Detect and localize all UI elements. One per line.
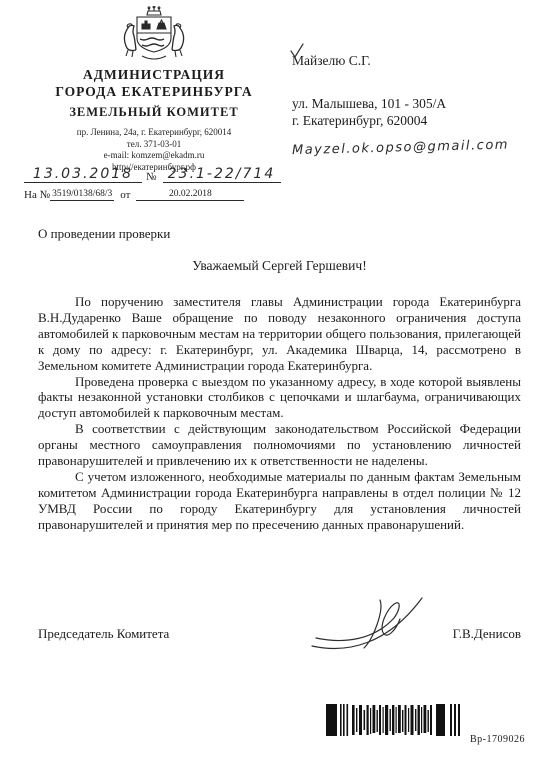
- salutation: Уважаемый Сергей Гершевич!: [38, 258, 521, 274]
- handwritten-signature-icon: [308, 592, 438, 656]
- org-phone: тел. 371-03-01: [26, 139, 282, 151]
- letter-subject: О проведении проверки: [38, 226, 170, 242]
- signature-row: Председатель Комитета Г.В.Денисов: [38, 600, 521, 660]
- recipient-block: Майзелю С.Г. ул. Малышева, 101 - 305/А г…: [292, 52, 532, 156]
- signer-position: Председатель Комитета: [38, 626, 169, 642]
- outgoing-number-handwritten: 23.1-22/714: [163, 166, 281, 183]
- org-name-line1: АДМИНИСТРАЦИЯ: [26, 66, 282, 83]
- org-name-line3: ЗЕМЕЛЬНЫЙ КОМИТЕТ: [26, 104, 282, 120]
- letter-body: Уважаемый Сергей Гершевич! По поручению …: [38, 258, 521, 533]
- org-address: пр. Ленина, 24а, г. Екатеринбург, 620014: [26, 127, 282, 139]
- reference-block: 13.03.2018 № 23.1-22/714 На № 3519/0138/…: [24, 166, 286, 201]
- reply-to-date: 20.02.2018: [136, 189, 244, 201]
- barcode-block: Вр-1709026: [326, 704, 526, 743]
- from-label: от: [120, 189, 130, 201]
- handwritten-checkmark-icon: [288, 42, 306, 60]
- org-email: e-mail: komzem@ekadm.ru: [26, 150, 282, 162]
- number-sign-label: №: [146, 171, 157, 183]
- city-coat-of-arms-icon: [106, 6, 202, 62]
- recipient-address-line1: ул. Малышева, 101 - 305/А: [292, 95, 532, 112]
- body-paragraph-1: По поручению заместителя главы Администр…: [38, 294, 521, 374]
- body-paragraph-3: В соответствии с действующим законодател…: [38, 421, 521, 469]
- reply-to-label: На №: [24, 189, 50, 201]
- scanned-letter-page: АДМИНИСТРАЦИЯ ГОРОДА ЕКАТЕРИНБУРГА ЗЕМЕЛ…: [0, 0, 543, 768]
- barcode-label: Вр-1709026: [470, 734, 525, 745]
- outgoing-date-handwritten: 13.03.2018: [24, 166, 142, 183]
- body-paragraph-4: С учетом изложенного, необходимые матери…: [38, 469, 521, 533]
- recipient-address-line2: г. Екатеринбург, 620004: [292, 112, 532, 129]
- body-paragraph-2: Проведена проверка с выездом по указанно…: [38, 374, 521, 422]
- recipient-name: Майзелю С.Г.: [292, 52, 532, 69]
- letterhead: АДМИНИСТРАЦИЯ ГОРОДА ЕКАТЕРИНБУРГА ЗЕМЕЛ…: [26, 6, 282, 173]
- recipient-email-handwritten: Mayzel.ok.opso@gmail.com: [292, 136, 532, 159]
- signer-name: Г.В.Денисов: [453, 626, 521, 642]
- org-name-line2: ГОРОДА ЕКАТЕРИНБУРГА: [26, 83, 282, 100]
- reply-to-number: 3519/0138/68/3: [50, 189, 114, 201]
- barcode-image: [326, 704, 476, 738]
